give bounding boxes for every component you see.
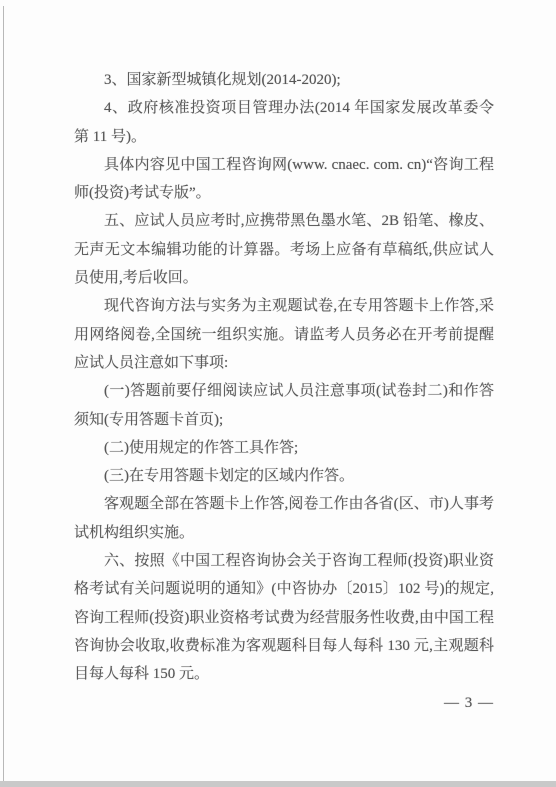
- paragraph: 3、国家新型城镇化规划(2014-2020);: [74, 66, 494, 94]
- paragraph: 客观题全部在答题卡上作答,阅卷工作由各省(区、市)人事考试机构组织实施。: [74, 490, 494, 547]
- page-number: — 3 —: [74, 689, 494, 717]
- paragraph: (二)使用规定的作答工具作答;: [74, 434, 494, 462]
- paragraph: (三)在专用答题卡划定的区域内作答。: [74, 462, 494, 490]
- paragraph: 现代咨询方法与实务为主观题试卷,在专用答题卡上作答,采用网络阅卷,全国统一组织实…: [74, 292, 494, 377]
- paragraph: 五、应试人员应考时,应携带黑色墨水笔、2B 铅笔、橡皮、无声无文本编辑功能的计算…: [74, 207, 494, 292]
- scan-bottom-edge-band: [0, 781, 556, 787]
- paragraph: 具体内容见中国工程咨询网(www. cnaec. com. cn)“咨询工程师(…: [74, 151, 494, 208]
- scanned-page: 3、国家新型城镇化规划(2014-2020); 4、政府核准投资项目管理办法(2…: [0, 0, 556, 787]
- document-body: 3、国家新型城镇化规划(2014-2020); 4、政府核准投资项目管理办法(2…: [74, 66, 494, 717]
- paragraph: (一)答题前要仔细阅读应试人员注意事项(试卷封二)和作答须知(专用答题卡首页);: [74, 377, 494, 434]
- paragraph: 4、政府核准投资项目管理办法(2014 年国家发展改革委令第 11 号)。: [74, 94, 494, 151]
- paragraph: 六、按照《中国工程咨询协会关于咨询工程师(投资)职业资格考试有关问题说明的通知》…: [74, 547, 494, 688]
- scan-left-edge-line: [3, 6, 4, 782]
